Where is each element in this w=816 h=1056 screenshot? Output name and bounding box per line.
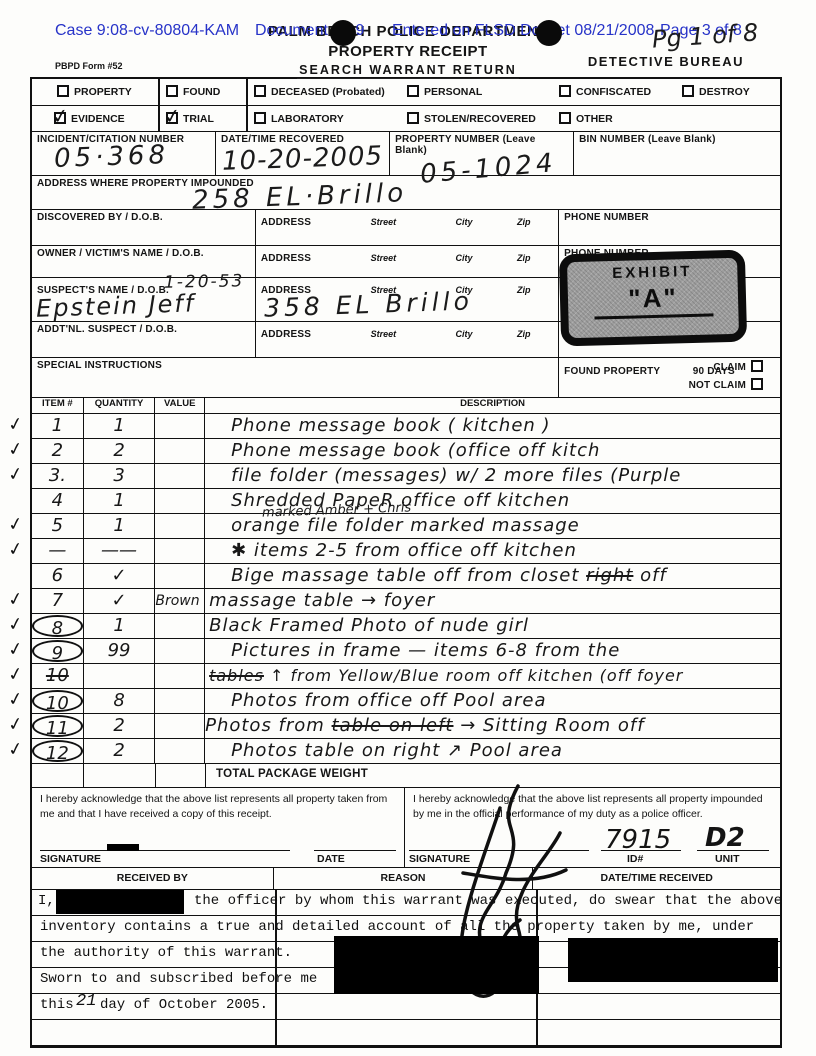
margin-check-icon: ✓ (6, 638, 25, 661)
item-number-header: ITEM # (32, 398, 84, 413)
item-description: Bige massage table off from closet (231, 565, 586, 586)
item-row-11: ✓ 11 2 Photos from table on left → Sitti… (32, 714, 780, 739)
sworn-text: I, (38, 893, 55, 909)
item-number: 3. (32, 464, 83, 488)
item-description: ✱ items 2-5 from office off kitchen (231, 540, 577, 561)
item-description: Pictures in frame — items 6-8 from the (231, 640, 620, 661)
item-quantity: ✓ (84, 564, 155, 588)
suspect-address-value: 358 EL Brillo (263, 286, 473, 322)
item-description-struck: table on left (332, 715, 454, 736)
checkbox-icon (559, 112, 571, 124)
description-header: DESCRIPTION (205, 398, 780, 413)
check-mark-icon: ✓ (162, 103, 182, 129)
signature-label: SIGNATURE (40, 852, 101, 867)
item-number: 2 (32, 439, 83, 463)
checkbox-icon (682, 85, 694, 97)
claim-label: CLAIM (713, 362, 746, 373)
received-by-header-row: RECEIVED BY REASON DATE/TIME RECEIVED (32, 868, 780, 890)
item-number-circled: 9 (32, 640, 83, 662)
margin-check-icon: ✓ (6, 463, 25, 486)
form-number: PBPD Form #52 (55, 61, 123, 71)
checkbox-icon (254, 112, 266, 124)
item-row-5: ✓ 5 1 orange file folder marked massage (32, 514, 780, 539)
exhibit-stamp-line2: "A" (568, 281, 739, 316)
item-row-7: ✓ 7 ✓ Brown massage table → foyer (32, 589, 780, 614)
acknowledgement-left: I hereby acknowledge that the above list… (32, 788, 405, 867)
checkbox-other: OTHER (559, 112, 613, 125)
bin-number-field: BIN NUMBER (Leave Blank) (574, 132, 780, 175)
margin-check-icon: ✓ (6, 738, 25, 761)
item-quantity: 1 (84, 489, 155, 513)
checkbox-icon (407, 85, 419, 97)
suspect-name-cell: SUSPECT'S NAME / D.O.B. 1-20-53 Epstein … (32, 278, 256, 321)
acknowledgement-right: I hereby acknowledge that the above list… (405, 788, 780, 867)
classification-row-2: ✓EVIDENCE ✓TRIAL LABORATORY STOLEN/RECOV… (32, 106, 780, 132)
margin-check-icon: ✓ (6, 663, 25, 686)
item-description: massage table → foyer (209, 590, 435, 611)
checkbox-deceased: DECEASED (Probated) (254, 85, 385, 98)
officer-unit-value: D2 (705, 820, 745, 858)
check-mark-icon: ✓ (50, 103, 70, 129)
suspect-address-cell: ADDRESS Street City Zip 358 EL Brillo (256, 278, 559, 321)
checkbox-trial: ✓TRIAL (166, 112, 214, 125)
item-number: 4 (32, 489, 83, 513)
found-property-cell: FOUND PROPERTY CLAIM 90 DAYS NOT CLAIM (559, 358, 780, 397)
claim-checkbox-icon (751, 360, 763, 372)
received-by-label: RECEIVED BY (32, 868, 274, 889)
address-label: ADDRESS (261, 329, 311, 340)
owner-address-cell: ADDRESS Street City Zip (256, 246, 559, 277)
item-number-circled: 12 (32, 740, 83, 762)
total-package-weight-label: TOTAL PACKAGE WEIGHT (206, 764, 368, 787)
item-number: 5 (32, 514, 83, 538)
suspect-name-value: Epstein Jeff (36, 289, 196, 323)
special-instructions-row: SPECIAL INSTRUCTIONS FOUND PROPERTY CLAI… (32, 358, 780, 398)
item-description: ↑ from Yellow/Blue room off kitchen (off… (264, 666, 683, 685)
found-property-label: FOUND PROPERTY (564, 366, 660, 377)
item-number: — (32, 539, 83, 563)
item-row-1: ✓ 1 1 Phone message book ( kitchen ) (32, 414, 780, 439)
city-label: City (456, 329, 473, 339)
checkbox-label: CONFISCATED (576, 86, 651, 98)
sworn-statement-section: I, the officer by whom this warrant was … (32, 890, 780, 1046)
address-label: ADDRESS (261, 217, 311, 228)
sworn-text: inventory contains a true and detailed a… (40, 919, 754, 935)
checkbox-evidence: ✓EVIDENCE (54, 112, 125, 125)
item-row-2: ✓ 2 2 Phone message book (office off kit… (32, 439, 780, 464)
item-description-struck: right (586, 565, 633, 586)
checkbox-label: FOUND (183, 86, 220, 98)
officer-name-redaction (56, 890, 184, 914)
item-quantity: 8 (84, 689, 155, 713)
zip-label: Zip (517, 329, 531, 339)
item-quantity: 3 (84, 464, 155, 488)
item-row-4: 4 1 Shredded PapeR office off kitchen ma… (32, 489, 780, 514)
checkbox-icon (57, 85, 69, 97)
checkbox-label: PERSONAL (424, 86, 482, 98)
item-quantity: 1 (84, 414, 155, 438)
signature-label: SIGNATURE (409, 852, 470, 867)
street-label: Street (371, 329, 397, 339)
margin-check-icon: ✓ (6, 713, 25, 736)
item-number: 6 (32, 564, 83, 588)
item-quantity: 1 (84, 514, 155, 538)
discovered-by-row: DISCOVERED BY / D.O.B. ADDRESS Street Ci… (32, 210, 780, 246)
acknowledgement-right-text: I hereby acknowledge that the above list… (413, 793, 763, 820)
item-description: → Sitting Room off (453, 715, 644, 736)
items-table-header: ITEM # QUANTITY VALUE DESCRIPTION (32, 398, 780, 414)
item-row-8: ✓ 8 1 Black Framed Photo of nude girl (32, 614, 780, 639)
item-number-struck: 10 (32, 664, 83, 688)
not-claim-label: NOT CLAIM (689, 380, 746, 391)
item-number-circled: 10 (32, 690, 83, 712)
value-header: VALUE (155, 398, 205, 413)
city-label: City (456, 253, 473, 263)
datetime-received-label: DATE/TIME RECEIVED (533, 868, 780, 889)
item-row-9: ✓ 9 99 Pictures in frame — items 6-8 fro… (32, 639, 780, 664)
checkbox-icon (166, 85, 178, 97)
signature-redaction (107, 844, 139, 851)
notary-redaction-right (568, 938, 778, 982)
additional-suspect-label: ADDT'NL. SUSPECT / D.O.B. (37, 324, 250, 335)
item-quantity: ✓ (84, 589, 155, 613)
checkbox-label: DECEASED (Probated) (271, 86, 385, 98)
item-quantity: 99 (84, 639, 155, 663)
notary-redaction-middle (334, 936, 539, 994)
item-description: Phone message book (office off kitch (231, 440, 600, 461)
date-recovered-field: DATE/TIME RECOVERED 10-20-2005 (216, 132, 390, 175)
sworn-text: the officer by whom this warrant was exe… (194, 893, 782, 909)
scanned-property-receipt-page: Case 9:08-cv-80804-KAM Document 12-9 Ent… (0, 0, 816, 1056)
item-number: 7 (32, 589, 83, 613)
item-row-10: ✓ 10 8 Photos from office off Pool area (32, 689, 780, 714)
sworn-text: this (40, 997, 74, 1013)
checkbox-icon (559, 85, 571, 97)
margin-check-icon: ✓ (6, 688, 25, 711)
checkbox-property: PROPERTY (57, 85, 132, 98)
form-title: PROPERTY RECEIPT (233, 43, 583, 60)
caption-entered-date: Entered on FLSD Docket 08/21/2008 (392, 22, 654, 40)
checkbox-label: TRIAL (183, 113, 214, 125)
item-row-3: ✓ 3. 3 file folder (messages) w/ 2 more … (32, 464, 780, 489)
quantity-header: QUANTITY (84, 398, 156, 413)
item-description: Photos from (205, 715, 331, 736)
detective-bureau-label: DETECTIVE BUREAU (588, 54, 744, 69)
not-claim-checkbox-icon (751, 378, 763, 390)
checkbox-personal: PERSONAL (407, 85, 482, 98)
checkbox-laboratory: LABORATORY (254, 112, 344, 125)
item-quantity: —— (84, 539, 155, 563)
address-label: ADDRESS (261, 253, 311, 264)
zip-label: Zip (517, 217, 531, 227)
item-description-struck: tables (209, 666, 264, 685)
item-quantity: 2 (84, 739, 155, 763)
margin-check-icon: ✓ (6, 613, 25, 636)
sworn-text: the authority of this warrant. (40, 945, 292, 961)
address-impounded-field: ADDRESS WHERE PROPERTY IMPOUNDED 258 EL·… (32, 176, 780, 209)
item-quantity: 2 (84, 714, 155, 738)
bin-number-label: BIN NUMBER (Leave Blank) (579, 134, 775, 145)
acknowledgement-left-text: I hereby acknowledge that the above list… (40, 793, 387, 820)
discovered-address-cell: ADDRESS Street City Zip (256, 210, 559, 245)
checkbox-found: FOUND (166, 85, 220, 98)
sworn-line-5: this 21 day of October 2005. (32, 994, 780, 1020)
checkbox-icon (407, 112, 419, 124)
sworn-empty-line (32, 1020, 780, 1046)
item-row-6: 6 ✓ Bige massage table off from closet r… (32, 564, 780, 589)
property-number-field: PROPERTY NUMBER (Leave Blank) 05-1024 (390, 132, 574, 175)
checkbox-destroy: DESTROY (682, 85, 750, 98)
checkbox-label: LABORATORY (271, 113, 344, 125)
checkbox-confiscated: CONFISCATED (559, 85, 651, 98)
incident-row: INCIDENT/CITATION NUMBER 05·368 DATE/TIM… (32, 132, 780, 176)
margin-check-icon: ✓ (6, 513, 25, 536)
checkbox-label: PROPERTY (74, 86, 132, 98)
item-description: file folder (messages) w/ 2 more files (… (231, 465, 681, 486)
handwritten-page-number: Pg 1 of 8 (651, 18, 759, 53)
sworn-line-1: I, the officer by whom this warrant was … (32, 890, 780, 916)
address-impounded-row: ADDRESS WHERE PROPERTY IMPOUNDED 258 EL·… (32, 176, 780, 210)
zip-label: Zip (517, 285, 531, 295)
margin-check-icon: ✓ (6, 413, 25, 436)
hole-punch-mark-left (330, 20, 356, 46)
exhibit-a-stamp: EXHIBIT "A" (559, 250, 747, 347)
item-row-10-struck: ✓ 10 tables ↑ from Yellow/Blue room off … (32, 664, 780, 689)
street-label: Street (371, 217, 397, 227)
item-number-circled: 8 (32, 615, 83, 637)
reason-label: REASON (274, 868, 534, 889)
item-description: Photos table on right ↗ Pool area (231, 740, 563, 761)
phone-number-label: PHONE NUMBER (564, 212, 775, 223)
property-receipt-form: PROPERTY FOUND DECEASED (Probated) PERSO… (30, 77, 782, 1048)
sworn-text: day of October 2005. (100, 997, 268, 1013)
item-row-12: ✓ 12 2 Photos table on right ↗ Pool area (32, 739, 780, 764)
item-value: Brown (155, 593, 199, 609)
item-number-circled: 11 (32, 715, 83, 737)
acknowledgement-row: I hereby acknowledge that the above list… (32, 788, 780, 868)
total-package-weight-row: TOTAL PACKAGE WEIGHT (32, 764, 780, 788)
owner-victim-label: OWNER / VICTIM'S NAME / D.O.B. (37, 248, 250, 259)
special-instructions-label: SPECIAL INSTRUCTIONS (37, 360, 553, 371)
sworn-text: Sworn to and subscribed before me (40, 971, 317, 987)
caption-case-number: Case 9:08-cv-80804-KAM (55, 22, 239, 40)
date-label: DATE (317, 852, 345, 867)
item-row-note: ✓ — —— ✱ items 2-5 from office off kitch… (32, 539, 780, 564)
incident-number-value: 05·368 (54, 140, 170, 174)
checkbox-label: EVIDENCE (71, 113, 125, 125)
exhibit-stamp-line1: EXHIBIT (567, 262, 737, 283)
city-label: City (456, 217, 473, 227)
incident-number-field: INCIDENT/CITATION NUMBER 05·368 (32, 132, 216, 175)
handwritten-day-value: 21 (76, 992, 96, 1011)
zip-label: Zip (517, 253, 531, 263)
checkbox-label: DESTROY (699, 86, 750, 98)
item-number: 1 (32, 414, 83, 438)
checkbox-label: OTHER (576, 113, 613, 125)
officer-id-value: 7915 (605, 822, 671, 860)
checkbox-stolen-recovered: STOLEN/RECOVERED (407, 112, 536, 125)
item-description: Photos from office off Pool area (231, 690, 546, 711)
classification-row-1: PROPERTY FOUND DECEASED (Probated) PERSO… (32, 79, 780, 106)
checkbox-label: STOLEN/RECOVERED (424, 113, 536, 125)
form-subtitle: SEARCH WARRANT RETURN (297, 63, 519, 79)
item-description: Black Framed Photo of nude girl (209, 615, 529, 636)
margin-check-icon: ✓ (6, 538, 25, 561)
item-quantity: 2 (84, 439, 155, 463)
item-quantity: 1 (84, 614, 155, 638)
additional-address-cell: ADDRESS Street City Zip (256, 322, 559, 357)
margin-check-icon: ✓ (6, 438, 25, 461)
street-label: Street (371, 253, 397, 263)
item-description: off (633, 565, 666, 586)
date-recovered-value: 10-20-2005 (222, 141, 384, 177)
margin-check-icon: ✓ (6, 588, 25, 611)
checkbox-icon (254, 85, 266, 97)
item-description: Phone message book ( kitchen ) (231, 415, 550, 436)
hole-punch-mark-right (536, 20, 562, 46)
